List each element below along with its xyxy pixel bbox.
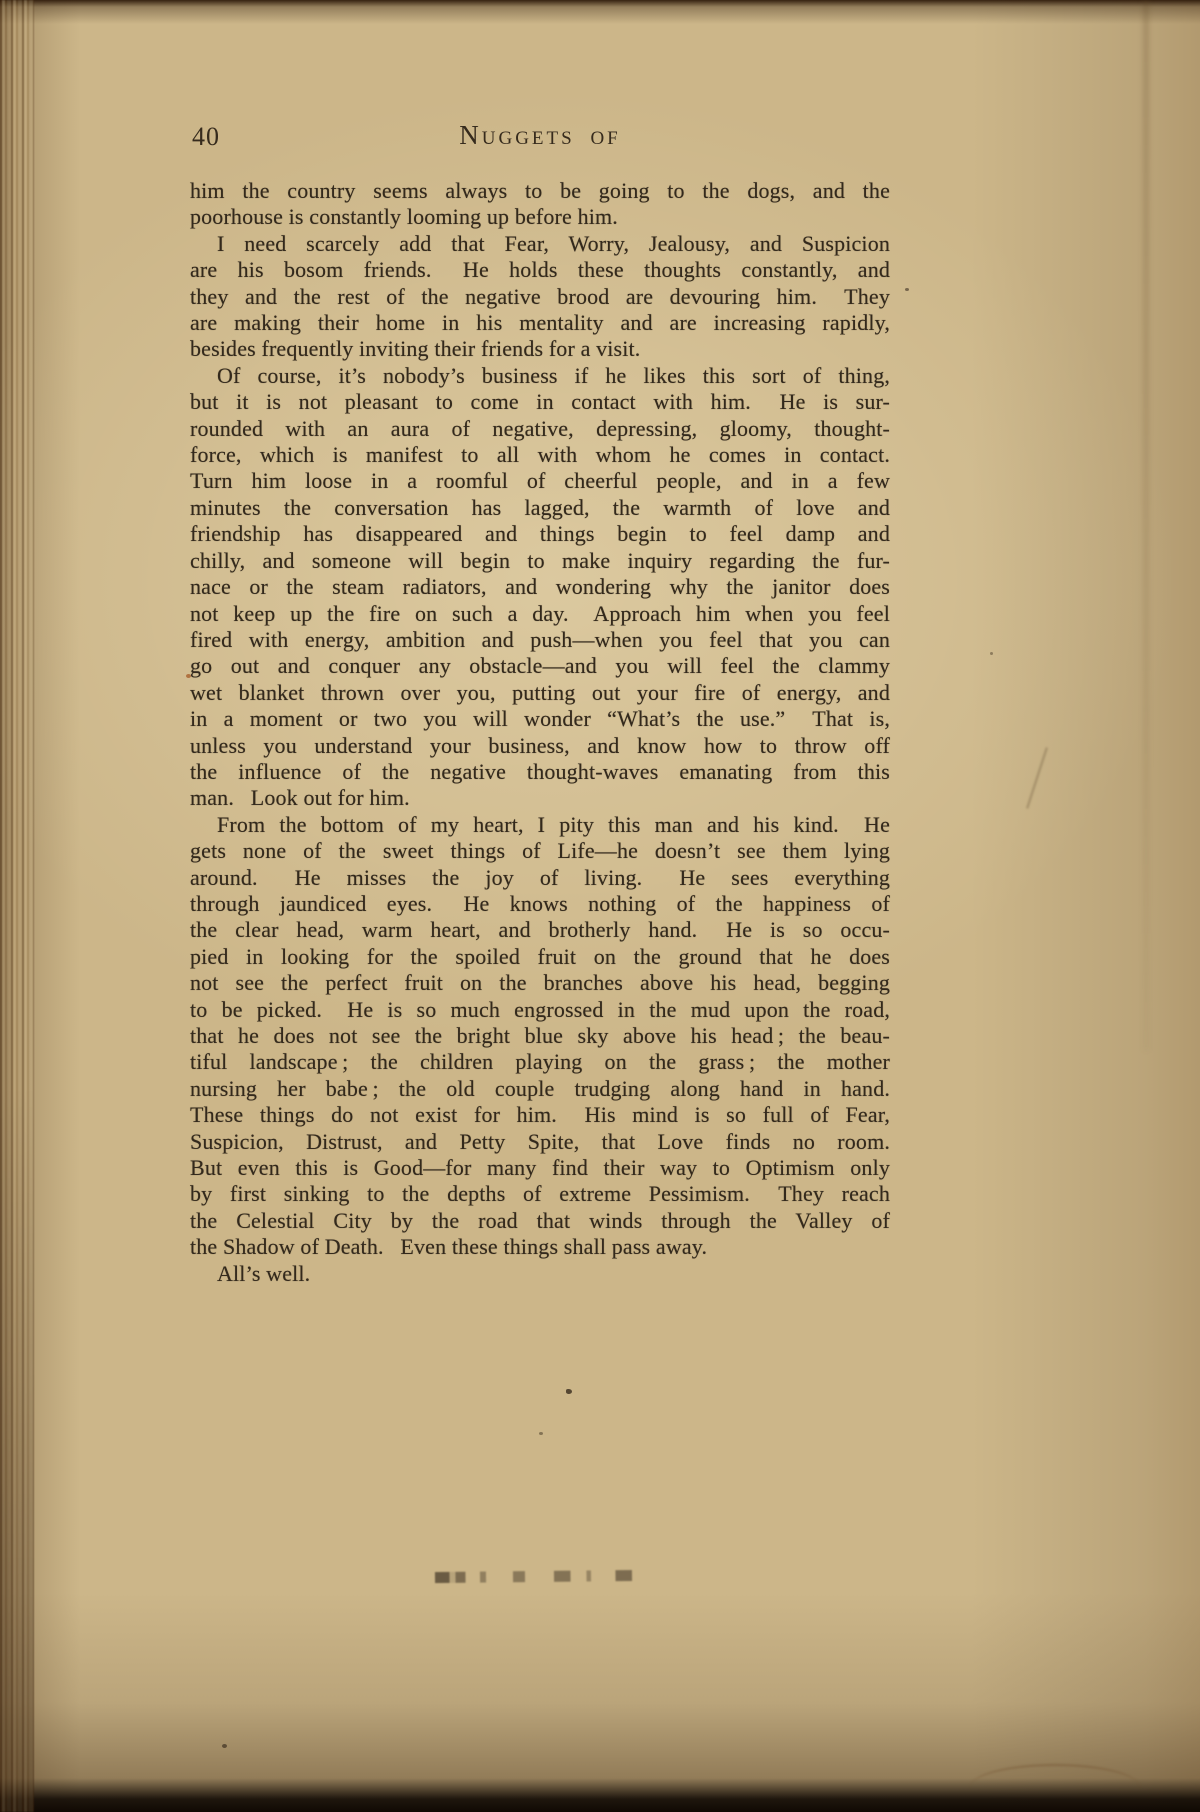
text-line: by first sinking to the depths of extrem… xyxy=(190,1181,890,1207)
text-line: Suspicion, Distrust, and Petty Spite, th… xyxy=(190,1129,890,1155)
text-line: pied in looking for the spoiled fruit on… xyxy=(190,944,890,970)
text-line: in a moment or two you will wonder “What… xyxy=(190,706,890,732)
text-line: minutes the conversation has lagged, the… xyxy=(190,495,890,521)
ink-speck xyxy=(990,652,993,655)
text-line: the influence of the negative thought-wa… xyxy=(190,759,890,785)
text-line: unless you understand your business, and… xyxy=(190,733,890,759)
foxing-speck xyxy=(186,674,191,678)
text-line: him the country seems always to be going… xyxy=(190,178,890,204)
text-line: Turn him loose in a roomful of cheerful … xyxy=(190,468,890,494)
text-line: These things do not exist for him. His m… xyxy=(190,1102,890,1128)
ink-speck xyxy=(566,1389,572,1394)
running-header-title: Nuggets of xyxy=(190,120,890,151)
text-line: but it is not pleasant to come in contac… xyxy=(190,389,890,415)
book-spine-page-edges xyxy=(0,0,34,1812)
running-head: 40 Nuggets of xyxy=(190,120,890,154)
text-line: man. Look out for him. xyxy=(190,785,890,811)
text-line: they and the rest of the negative brood … xyxy=(190,284,890,310)
text-line: force, which is manifest to all with who… xyxy=(190,442,890,468)
text-line: besides frequently inviting their friend… xyxy=(190,336,890,362)
ink-speck xyxy=(539,1432,543,1435)
text-line: nace or the steam radiators, and wonderi… xyxy=(190,574,890,600)
text-line: nursing her babe ; the old couple trudgi… xyxy=(190,1076,890,1102)
text-line: not see the perfect fruit on the branche… xyxy=(190,970,890,996)
text-line: the Celestial City by the road that wind… xyxy=(190,1208,890,1234)
print-smudge-mark xyxy=(435,1570,640,1583)
text-line: around. He misses the joy of living. He … xyxy=(190,865,890,891)
text-line: through jaundiced eyes. He knows nothing… xyxy=(190,891,890,917)
body-text: him the country seems always to be going… xyxy=(190,178,890,1287)
text-line: the clear head, warm heart, and brotherl… xyxy=(190,917,890,943)
text-line: Of course, it’s nobody’s business if he … xyxy=(190,363,890,389)
text-line: go out and conquer any obstacle—and you … xyxy=(190,653,890,679)
text-line: But even this is Good—for many find thei… xyxy=(190,1155,890,1181)
text-line: poorhouse is constantly looming up befor… xyxy=(190,204,890,230)
text-line: wet blanket thrown over you, putting out… xyxy=(190,680,890,706)
text-line: tiful landscape ; the children playing o… xyxy=(190,1049,890,1075)
ink-speck xyxy=(222,1744,227,1748)
text-line: the Shadow of Death. Even these things s… xyxy=(190,1234,890,1260)
text-line: All’s well. xyxy=(190,1261,890,1287)
text-line: fired with energy, ambition and push—whe… xyxy=(190,627,890,653)
scratch-mark xyxy=(1026,747,1048,808)
text-line: From the bottom of my heart, I pity this… xyxy=(190,812,890,838)
page-curl-mark xyxy=(970,1764,1140,1810)
text-line: gets none of the sweet things of Life—he… xyxy=(190,838,890,864)
text-line: are his bosom friends. He holds these th… xyxy=(190,257,890,283)
ink-speck xyxy=(905,288,909,291)
text-line: friendship has disappeared and things be… xyxy=(190,521,890,547)
text-line: that he does not see the bright blue sky… xyxy=(190,1023,890,1049)
text-line: are making their home in his mentality a… xyxy=(190,310,890,336)
text-line: chilly, and someone will begin to make i… xyxy=(190,548,890,574)
text-line: I need scarcely add that Fear, Worry, Je… xyxy=(190,231,890,257)
text-line: rounded with an aura of negative, depres… xyxy=(190,416,890,442)
page-crease xyxy=(1144,0,1148,1051)
scanned-book-page: 40 Nuggets of him the country seems alwa… xyxy=(0,0,1200,1812)
text-line: not keep up the fire on such a day. Appr… xyxy=(190,601,890,627)
text-line: to be picked. He is so much engrossed in… xyxy=(190,997,890,1023)
